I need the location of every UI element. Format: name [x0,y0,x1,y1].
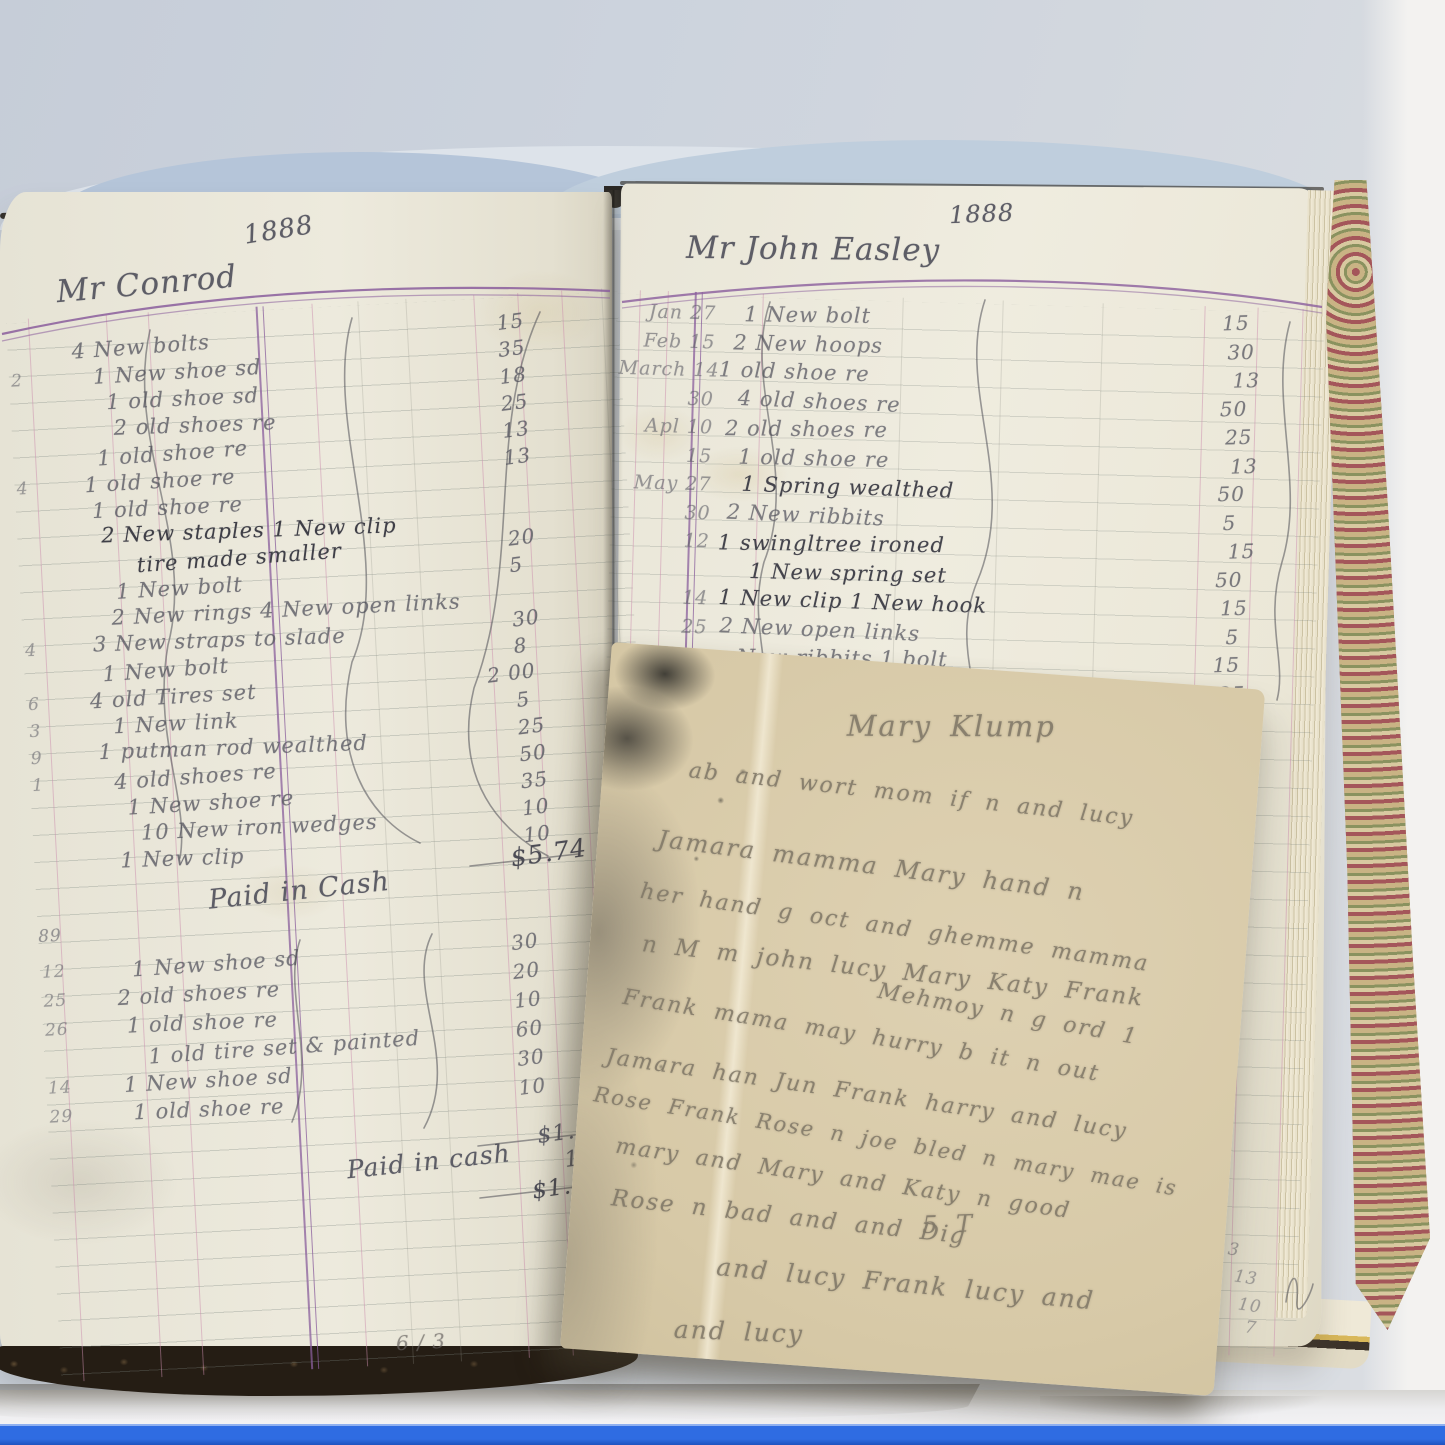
note-line: 5 T [922,1209,975,1239]
loose-handwritten-note: Mary Klumpab and wort mom if n and lucyJ… [560,642,1265,1396]
note-text: Mary Klumpab and wort mom if n and lucyJ… [560,642,1265,1396]
edge-digit: 3 [1227,1239,1241,1260]
bottom-blue-strip [0,1424,1445,1445]
note-line: and lucy [673,1315,804,1349]
edge-digit: 10 [1237,1294,1263,1317]
edge-digit: 7 [1244,1317,1258,1338]
edge-digit: 13 [1233,1266,1259,1289]
note-line: Mary Klump [847,709,1056,744]
note-line: and lucy Frank lucy and [715,1252,1096,1315]
note-line: ab and wort mom if n and lucy [688,758,1136,831]
ledger-photo: 1888 Mr Conrod 4 New bolts1521 New shoe … [0,0,1445,1445]
